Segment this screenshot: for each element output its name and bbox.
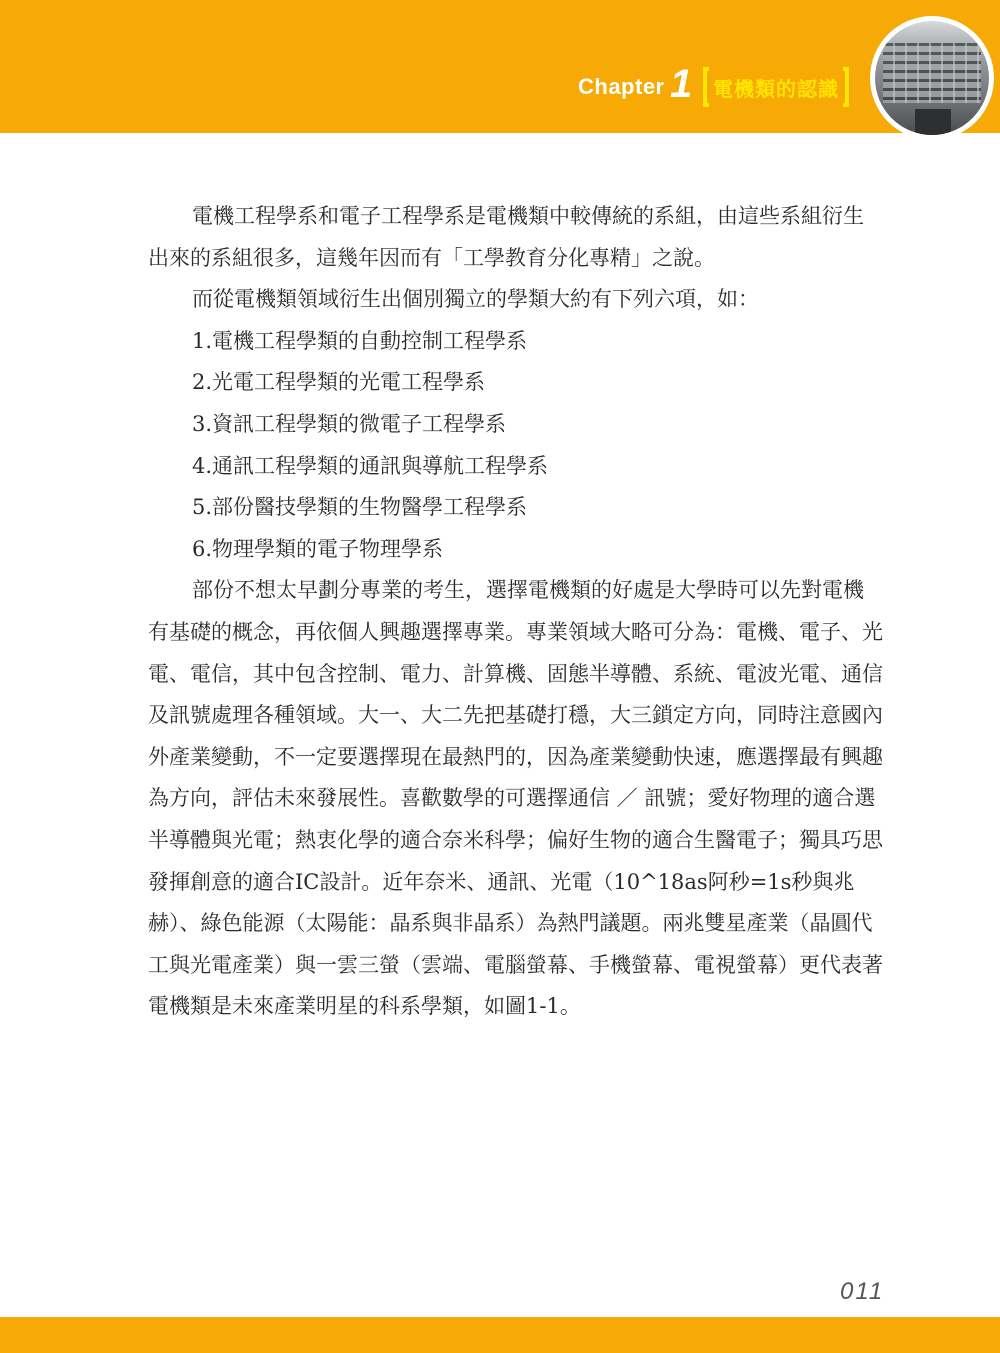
list-item: 1.電機工程學類的自動控制工程學系: [148, 321, 884, 363]
page-number: 011: [840, 1278, 884, 1306]
chapter-number: 1: [670, 62, 692, 107]
list-item: 4.通訊工程學類的通訊與導航工程學系: [148, 446, 884, 488]
right-bracket-icon: [843, 67, 849, 107]
list-item: 5.部份醫技學類的生物醫學工程學系: [148, 487, 884, 529]
body-text: 電機工程學系和電子工程學系是電機類中較傳統的系組，由這些系組衍生出來的系組很多，…: [148, 196, 884, 1028]
list-item: 3.資訊工程學類的微電子工程學系: [148, 404, 884, 446]
building-photo: [870, 16, 994, 140]
chapter-title: 電機類的認識: [709, 73, 843, 102]
building-image: [875, 21, 989, 135]
chapter-title-block: 電機類的認識: [703, 66, 849, 108]
paragraph-intro: 電機工程學系和電子工程學系是電機類中較傳統的系組，由這些系組衍生出來的系組很多，…: [148, 196, 884, 279]
list-item: 2.光電工程學類的光電工程學系: [148, 362, 884, 404]
footer-band: [0, 1317, 1000, 1353]
header-band: Chapter 1 電機類的認識: [0, 0, 1000, 133]
paragraph-list-intro: 而從電機類領域衍生出個別獨立的學類大約有下列六項，如：: [148, 279, 884, 321]
paragraph-main: 部份不想太早劃分專業的考生，選擇電機類的好處是大學時可以先對電機有基礎的概念，再…: [148, 570, 884, 1028]
list-item: 6.物理學類的電子物理學系: [148, 529, 884, 571]
chapter-label: Chapter: [578, 74, 665, 100]
